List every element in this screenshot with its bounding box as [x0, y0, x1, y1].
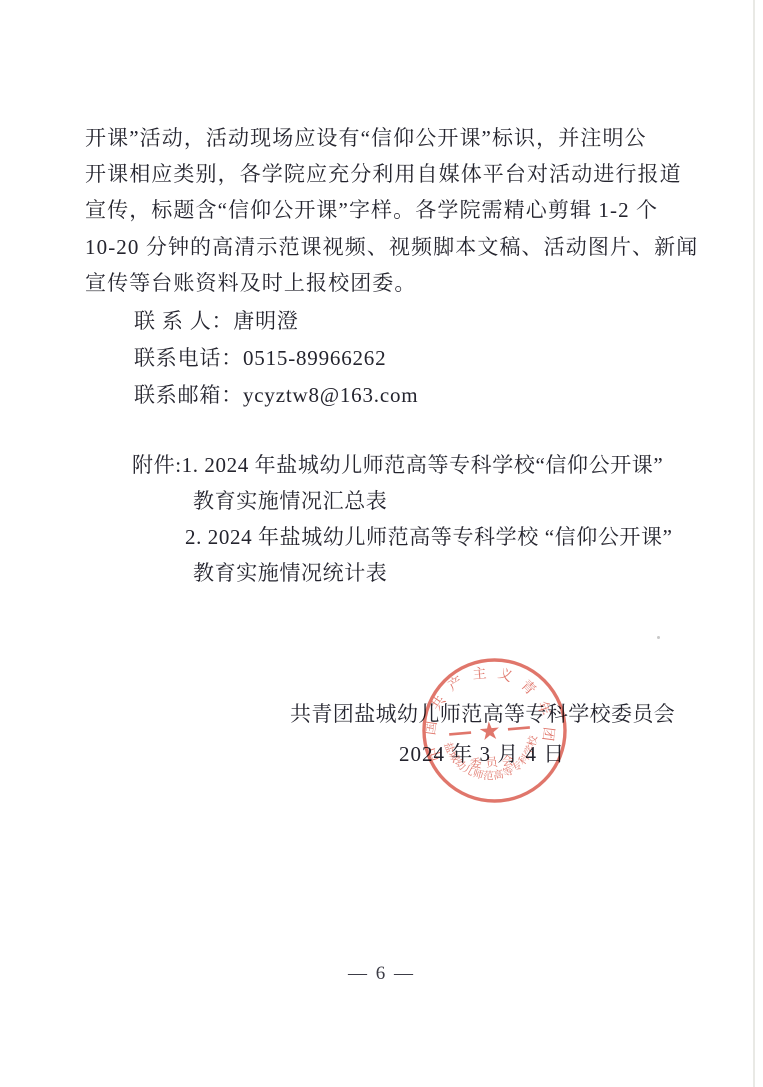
- attachment-item-1: 附件:1. 2024 年盐城幼儿师范高等专科学校“信仰公开课”: [132, 447, 673, 483]
- contact-block: 联 系 人：唐明澄 联系电话：0515-89966262 联系邮箱：ycyztw…: [134, 303, 418, 414]
- contact-person: 联 系 人：唐明澄: [134, 303, 418, 340]
- contact-phone: 联系电话：0515-89966262: [134, 340, 418, 377]
- signature-organization: 共青团盐城幼儿师范高等专科学校委员会: [290, 698, 675, 728]
- attachments-block: 附件:1. 2024 年盐城幼儿师范高等专科学校“信仰公开课” 教育实施情况汇总…: [132, 447, 673, 591]
- contact-email: 联系邮箱：ycyztw8@163.com: [134, 377, 418, 414]
- body-line: 宣传等台账资料及时上报校团委。: [85, 265, 691, 301]
- seal-left-bar: [449, 733, 471, 735]
- scan-artifact-dot: [657, 636, 660, 639]
- document-page: 开课”活动，活动现场应设有“信仰公开课”标识，并注明公 开课相应类别，各学院应充…: [0, 0, 763, 1087]
- body-line: 开课相应类别，各学院应充分利用自媒体平台对活动进行报道: [85, 156, 691, 192]
- official-seal: 中国共产主义青年团 ★ 盐城幼儿师范高等专科学校 委员会: [420, 656, 569, 805]
- body-line: 宣传，标题含“信仰公开课”字样。各学院需精心剪辑 1-2 个: [85, 192, 691, 228]
- scan-edge-line: [753, 0, 755, 1087]
- body-line: 开课”活动，活动现场应设有“信仰公开课”标识，并注明公: [85, 120, 691, 156]
- attachment-item-1-continued: 教育实施情况汇总表: [193, 483, 673, 519]
- page-number: — 6 —: [0, 963, 763, 985]
- signature-date: 2024 年 3 月 4 日: [399, 738, 565, 768]
- body-paragraph: 开课”活动，活动现场应设有“信仰公开课”标识，并注明公 开课相应类别，各学院应充…: [85, 120, 691, 301]
- seal-ring: [424, 660, 565, 801]
- body-line: 10-20 分钟的高清示范课视频、视频脚本文稿、活动图片、新闻: [85, 229, 691, 265]
- attachment-item-2-continued: 教育实施情况统计表: [193, 555, 673, 591]
- attachment-item-2: 2. 2024 年盐城幼儿师范高等专科学校 “信仰公开课”: [185, 519, 673, 555]
